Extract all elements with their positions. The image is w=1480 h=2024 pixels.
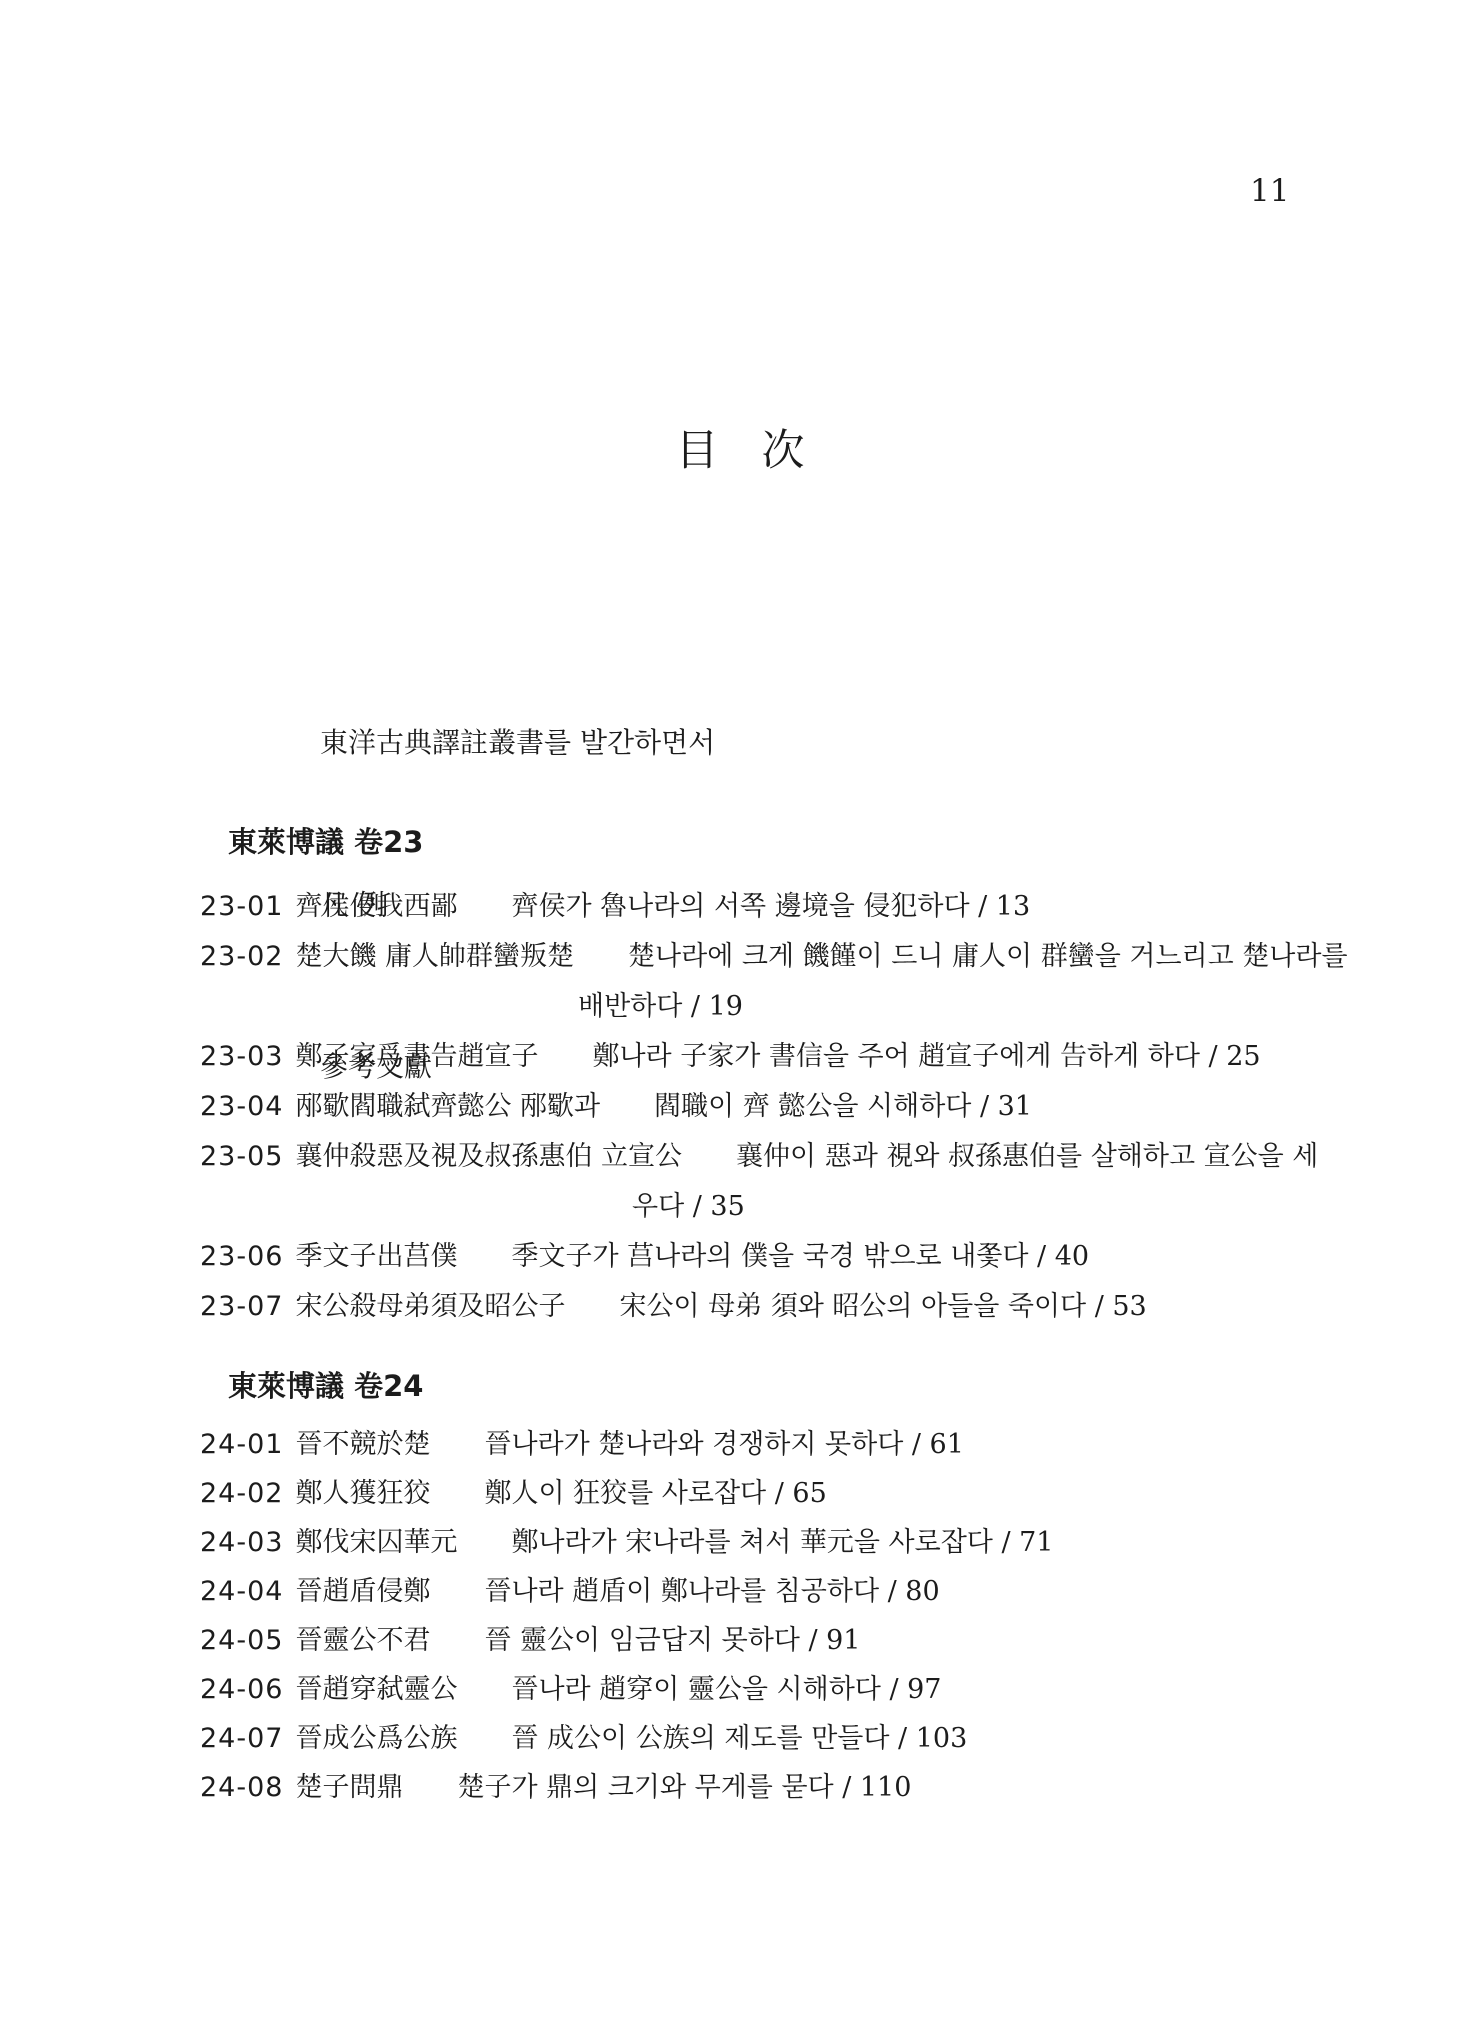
entry-text: 晉趙穿弑靈公 晉나라 趙穿이 靈公을 시해하다 / 97 bbox=[295, 1674, 941, 1705]
page-title: 目 次 bbox=[0, 430, 1480, 473]
toc-entry: 24-06晉趙穿弑靈公 晉나라 趙穿이 靈公을 시해하다 / 97 bbox=[200, 1665, 1053, 1714]
toc-section-vol24: 24-01晉不競於楚 晉나라가 楚나라와 경쟁하지 못하다 / 61 24-02… bbox=[200, 1420, 1053, 1812]
toc-entry: 24-04晉趙盾侵鄭 晉나라 趙盾이 鄭나라를 침공하다 / 80 bbox=[200, 1567, 1053, 1616]
section-title-vol24: 東萊博議 卷24 bbox=[228, 1371, 423, 1403]
entry-text: 邴歜閻職弑齊懿公 邴歜과 閻職이 齊 懿公을 시해하다 / 31 bbox=[295, 1091, 1032, 1122]
entry-number: 23-05 bbox=[200, 1141, 283, 1172]
section-title-vol23: 東萊博議 卷23 bbox=[228, 827, 423, 859]
page-number: 11 bbox=[1250, 176, 1289, 207]
entry-number: 23-07 bbox=[200, 1291, 283, 1322]
toc-entry: 24-08楚子問鼎 楚子가 鼎의 크기와 무게를 묻다 / 110 bbox=[200, 1763, 1053, 1812]
entry-text: 鄭伐宋囚華元 鄭나라가 宋나라를 쳐서 華元을 사로잡다 / 71 bbox=[295, 1527, 1053, 1558]
toc-entry: 24-07晉成公爲公族 晉 成公이 公族의 제도를 만들다 / 103 bbox=[200, 1714, 1053, 1763]
entry-text: 季文子出莒僕 季文子가 莒나라의 僕을 국경 밖으로 내쫓다 / 40 bbox=[295, 1241, 1089, 1272]
entry-text: 晉靈公不君 晉 靈公이 임금답지 못하다 / 91 bbox=[295, 1625, 860, 1656]
toc-entry: 24-03鄭伐宋囚華元 鄭나라가 宋나라를 쳐서 華元을 사로잡다 / 71 bbox=[200, 1518, 1053, 1567]
entry-number: 23-03 bbox=[200, 1041, 283, 1072]
toc-entry: 23-03鄭子家爲書告趙宣子 鄭나라 子家가 書信을 주어 趙宣子에게 告하게 … bbox=[200, 1032, 1348, 1082]
entry-text: 鄭子家爲書告趙宣子 鄭나라 子家가 書信을 주어 趙宣子에게 告하게 하다 / … bbox=[295, 1041, 1260, 1072]
entry-text: 齊侯侵我西鄙 齊侯가 魯나라의 서쪽 邊境을 侵犯하다 / 13 bbox=[295, 891, 1030, 922]
entry-number: 23-04 bbox=[200, 1091, 283, 1122]
entry-number: 24-06 bbox=[200, 1674, 283, 1705]
toc-entry: 23-02楚大饑 庸人帥群蠻叛楚 楚나라에 크게 饑饉이 드니 庸人이 群蠻을 … bbox=[200, 932, 1348, 982]
entry-number: 23-01 bbox=[200, 891, 283, 922]
entry-text: 楚子問鼎 楚子가 鼎의 크기와 무게를 묻다 / 110 bbox=[295, 1772, 911, 1803]
toc-entry: 23-01齊侯侵我西鄙 齊侯가 魯나라의 서쪽 邊境을 侵犯하다 / 13 bbox=[200, 882, 1348, 932]
entry-text: 晉趙盾侵鄭 晉나라 趙盾이 鄭나라를 침공하다 / 80 bbox=[295, 1576, 939, 1607]
entry-number: 24-04 bbox=[200, 1576, 283, 1607]
toc-entry: 23-05襄仲殺惡及視及叔孫惠伯 立宣公 襄仲이 惡과 視와 叔孫惠伯를 살해하… bbox=[200, 1132, 1348, 1182]
entry-text: 襄仲殺惡及視及叔孫惠伯 立宣公 襄仲이 惡과 視와 叔孫惠伯를 살해하고 宣公을… bbox=[295, 1141, 1318, 1172]
entry-number: 23-02 bbox=[200, 941, 283, 972]
entry-text: 晉不競於楚 晉나라가 楚나라와 경쟁하지 못하다 / 61 bbox=[295, 1429, 963, 1460]
toc-entry: 24-05晉靈公不君 晉 靈公이 임금답지 못하다 / 91 bbox=[200, 1616, 1053, 1665]
entry-number: 24-05 bbox=[200, 1625, 283, 1656]
toc-entry: 23-04邴歜閻職弑齊懿公 邴歜과 閻職이 齊 懿公을 시해하다 / 31 bbox=[200, 1082, 1348, 1132]
toc-entry-wrap-line: 배반하다 / 19 bbox=[200, 982, 1348, 1032]
toc-entry: 23-07宋公殺母弟須及昭公子 宋公이 母弟 須와 昭公의 아들을 죽이다 / … bbox=[200, 1282, 1348, 1332]
toc-entry: 24-01晉不競於楚 晉나라가 楚나라와 경쟁하지 못하다 / 61 bbox=[200, 1420, 1053, 1469]
document-page: 11 目 次 東洋古典譯註叢書를 발간하면서 凡 例 參考文獻 東萊博議 卷23… bbox=[0, 0, 1480, 2024]
entry-number: 24-01 bbox=[200, 1429, 283, 1460]
toc-entry: 24-02鄭人獲狂狡 鄭人이 狂狡를 사로잡다 / 65 bbox=[200, 1469, 1053, 1518]
entry-number: 24-08 bbox=[200, 1772, 283, 1803]
front-matter-item: 東洋古典譯註叢書를 발간하면서 bbox=[320, 716, 715, 770]
entry-number: 24-03 bbox=[200, 1527, 283, 1558]
toc-entry: 23-06季文子出莒僕 季文子가 莒나라의 僕을 국경 밖으로 내쫓다 / 40 bbox=[200, 1232, 1348, 1282]
toc-section-vol23: 23-01齊侯侵我西鄙 齊侯가 魯나라의 서쪽 邊境을 侵犯하다 / 13 23… bbox=[200, 882, 1348, 1332]
entry-text: 晉成公爲公族 晉 成公이 公族의 제도를 만들다 / 103 bbox=[295, 1723, 967, 1754]
entry-text: 楚大饑 庸人帥群蠻叛楚 楚나라에 크게 饑饉이 드니 庸人이 群蠻을 거느리고 … bbox=[295, 941, 1347, 972]
entry-number: 23-06 bbox=[200, 1241, 283, 1272]
entry-text: 鄭人獲狂狡 鄭人이 狂狡를 사로잡다 / 65 bbox=[295, 1478, 826, 1509]
entry-number: 24-02 bbox=[200, 1478, 283, 1509]
entry-number: 24-07 bbox=[200, 1723, 283, 1754]
entry-text: 宋公殺母弟須及昭公子 宋公이 母弟 須와 昭公의 아들을 죽이다 / 53 bbox=[295, 1291, 1146, 1322]
toc-entry-wrap-line: 우다 / 35 bbox=[200, 1182, 1348, 1232]
